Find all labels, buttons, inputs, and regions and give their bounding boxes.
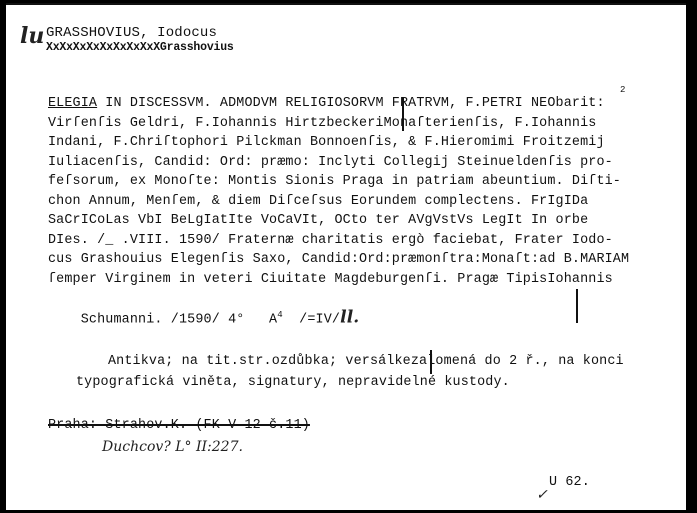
description-line: Indani, F.Chriſtophori Pilckman Bonnoenſ… — [48, 135, 605, 151]
description-line: chon Annum, Menſem, & diem Diſceſsus Eor… — [48, 194, 588, 210]
location-handwritten: Duchcov? L° II:227. — [102, 439, 243, 455]
insertion-mark — [576, 289, 578, 323]
imprint-hand-mark: ll. — [340, 307, 359, 327]
description-line: SaCrICoLas VbI BeLgIatIte VoCaVIt, OCto … — [48, 213, 588, 229]
margin-note: 2 — [620, 85, 626, 95]
imprint-text: Schumanni. /1590/ 4° — [81, 312, 245, 327]
annotation-line-1: Antikva; na tit.str.ozdůbka; versálkezal… — [108, 354, 624, 370]
imprint-collation: /=IV/ — [299, 312, 340, 327]
title-keyword: ELEGIA — [48, 96, 97, 111]
heading-overstruck: XxXxXxXxXxXxXxXxXGrasshovius — [46, 40, 234, 56]
initials-handwritten-mark: lu — [20, 23, 44, 49]
catalog-card: lu GRASSHOVIUS, Iodocus XxXxXxXxXxXxXxXx… — [6, 3, 686, 510]
description-line: cus Grashouius Elegenſis Saxo, Candid:Or… — [48, 252, 629, 268]
insertion-mark — [430, 350, 432, 374]
annotation-line-2: typografická viněta, signatury, nepravid… — [76, 375, 510, 391]
insertion-mark — [402, 97, 404, 131]
title-rest: IN DISCESSVM. ADMODVM RELIGIOSORVM FRATR… — [97, 96, 605, 111]
description-line: DIes. /_ .VIII. 1590/ Fraternæ charitati… — [48, 233, 613, 249]
heading-name: GRASSHOVIUS, Iodocus — [46, 25, 217, 41]
imprint-signature: A — [269, 312, 277, 327]
description-line: ELEGIA IN DISCESSVM. ADMODVM RELIGIOSORV… — [48, 96, 605, 112]
description-line: ſemper Virginem in veteri Ciuitate Magde… — [48, 272, 613, 288]
call-number: U 62. — [549, 475, 590, 491]
description-line: feſsorum, ex Monoſte: Montis Sionis Prag… — [48, 174, 621, 190]
description-line: Iuliacenſis, Candid: Ord: præmo: Inclyti… — [48, 155, 613, 171]
description-line: Virſenſis Geldri, F.Iohannis Hirtzbecker… — [48, 116, 596, 132]
location-struck: Praha: Strahov.K. (FK V 12 č.11) — [48, 418, 310, 434]
imprint-line: Schumanni. /1590/ 4° A4 /=IV/ll. — [48, 291, 359, 344]
call-check-mark: ✓ — [536, 487, 548, 503]
